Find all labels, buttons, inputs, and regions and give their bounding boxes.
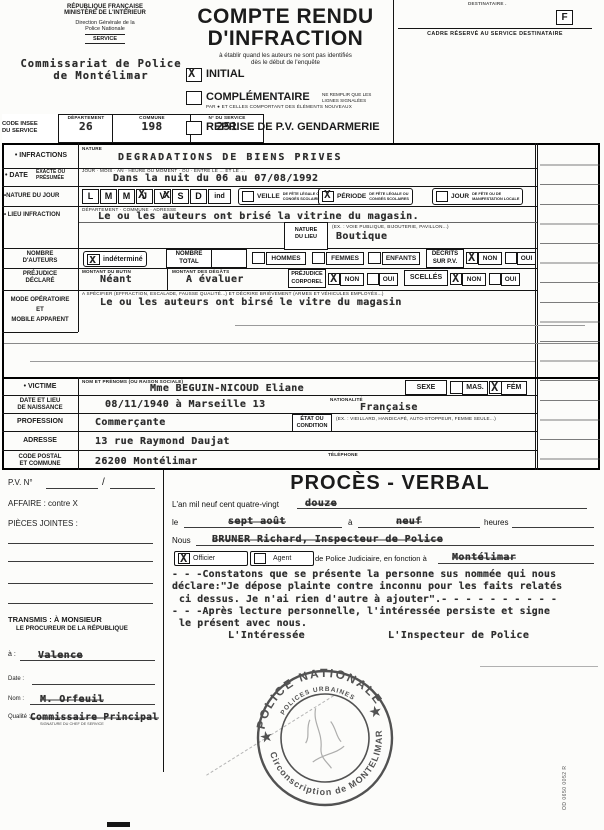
nature-du-lieu-field[interactable]: Boutique (336, 231, 387, 242)
pv-numero-slash: / (102, 477, 105, 488)
nature-du-lieu-hint: (EX. : VOIE PUBLIQUE, BIJOUTERIE, PAVILL… (332, 224, 449, 229)
nombre-label-1: NOMBRE (27, 251, 54, 257)
transmis-nom-label: Nom : (8, 696, 24, 702)
etat-1: ÉTAT OU (300, 416, 323, 422)
adresse-field[interactable]: 13 rue Raymond Daujat (95, 436, 230, 447)
pieces-jointes-label: PIÈCES JOINTES : (8, 519, 78, 528)
agent-group: Agent (250, 551, 314, 566)
proces-verbal-title: PROCÈS - VERBAL (250, 472, 530, 495)
divider (2, 431, 537, 432)
insee-label-2: DU SERVICE (2, 128, 58, 135)
check-mark: X (138, 187, 145, 201)
nombre-total-1: NOMBRE (176, 251, 203, 257)
scelles-non-label: NON (462, 273, 486, 286)
insee-commune-value[interactable]: 198 (113, 120, 191, 133)
etat-condition-label: ÉTAT OU CONDITION (292, 414, 332, 432)
decrits-label: DÉCRITS SUR P.V. (426, 249, 464, 268)
divider (2, 186, 537, 187)
butin-field[interactable]: Néant (100, 274, 132, 285)
officier-group: X Officier (174, 551, 248, 566)
insee-label-1: CODE INSEE (2, 121, 58, 128)
indetermine-group: x indéterminé (83, 251, 147, 267)
corporel-oui-label: OUI (379, 273, 398, 286)
prejudice-declare-label: PRÉJUDICE DÉCLARÉ (4, 271, 76, 285)
coding-column-rows (540, 146, 600, 466)
decrits-oui-label: OUI (517, 252, 536, 265)
nature-du-lieu-2: DU LIEU (295, 234, 317, 240)
decrits-oui-checkbox[interactable] (505, 252, 517, 264)
veille-checkbox[interactable] (242, 191, 254, 202)
infractions-label: • INFRACTIONS (6, 152, 76, 159)
sexe-mas-label: MAS. (462, 381, 488, 395)
check-mark: X (452, 271, 459, 285)
pv-an-line (297, 508, 587, 509)
femmes-label: FEMMES (326, 252, 364, 265)
agent-checkbox[interactable] (254, 553, 266, 564)
divider (480, 666, 598, 667)
pv-fonction-label: de Police Judiciaire, en fonction à (315, 554, 427, 563)
complementaire-note-3: PAR ● ET CELLES COMPORTANT DES ÉLÉMENTS … (206, 104, 396, 109)
pv-nous-label: Nous (172, 536, 191, 545)
etat-2: CONDITION (297, 423, 328, 429)
complementaire-note: NE REMPLIR QUE LES LIGNES SIGNALÉES (322, 92, 392, 103)
pv-fonction-line (438, 563, 594, 564)
scelles-oui-label: OUI (501, 273, 520, 286)
pv-heure-field[interactable]: neuf (396, 516, 422, 527)
transmis-a-line (20, 660, 155, 661)
transmis-qualite-label: Qualité : (8, 714, 30, 720)
pv-signature-interessee: L'Intéressée (228, 630, 305, 641)
telephone-header: TÉLÉPHONE (328, 452, 358, 457)
pv-heure-line (358, 527, 480, 528)
pv-le-label: le (172, 518, 178, 527)
day-label: M (123, 191, 131, 201)
check-mark: x (163, 187, 170, 201)
divider (398, 28, 592, 29)
pv-body-line3: ci dessus. Je n'ai rien d'autre à ajoute… (172, 594, 562, 606)
veille-note-2: CONGÉS SCOLAIRES (283, 197, 323, 201)
complementaire-checkbox[interactable] (186, 91, 202, 105)
pv-heures-label: heures (484, 518, 508, 527)
insee-departement-value[interactable]: 26 (59, 120, 113, 133)
transmis-date-label: Date : (8, 676, 24, 682)
femmes-checkbox[interactable] (312, 252, 325, 264)
indetermine-checkbox[interactable]: x (87, 254, 100, 265)
service-label: SERVICE (85, 34, 125, 44)
corporel-non-label: NON (340, 273, 364, 286)
veille-group: VEILLE DE FÊTE LÉGALE OUCONGÉS SCOLAIRES (238, 188, 326, 205)
periode-checkbox[interactable]: X (322, 191, 334, 202)
divider (78, 377, 79, 470)
periode-group: X PÉRIODE DE FÊTE LÉGALE OUCONGÉS SCOLAI… (318, 188, 413, 205)
lieu-infraction-label: • LIEU INFRACTION (4, 212, 60, 218)
nombre-label-2: D'AUTEURS (23, 258, 58, 264)
divider (30, 361, 535, 362)
nombre-auteurs-label: NOMBRE D'AUTEURS (4, 251, 76, 265)
nombre-total-field[interactable] (211, 249, 247, 268)
mode-operatoire-label: MODE OPÉRATOIRE ET MOBILE APPARENT (3, 295, 77, 325)
decrits-2: SUR P.V. (433, 259, 457, 265)
check-mark: X (188, 66, 195, 80)
republique-line2: MINISTÈRE DE L'INTÉRIEUR (30, 10, 180, 16)
naissance-1: DATE ET LIEU (20, 398, 61, 404)
divider (235, 325, 585, 326)
prejudice-1: PRÉJUDICE (23, 271, 57, 277)
etat-hint: (EX. : VIEILLARD, HANDICAPÉ, AUTO-STOPPE… (336, 416, 496, 421)
pv-signature-inspecteur: L'Inspecteur de Police (388, 630, 529, 641)
form-subtitle: à établir quand les auteurs ne sont pas … (178, 52, 393, 66)
transmis-date-line[interactable] (32, 684, 155, 685)
form-title: COMPTE RENDU D'INFRACTION (178, 6, 393, 50)
cp-2: ET COMMUNE (20, 461, 61, 467)
complementaire-note-2: LIGNES SIGNALÉES (322, 98, 366, 103)
direction-line2: Police Nationale (30, 26, 180, 32)
decrits-non-label: NON (478, 252, 502, 265)
cadre-reserve-label: CADRE RÉSERVÉ AU SERVICE DESTINATAIRE (398, 31, 592, 37)
date-field[interactable]: Dans la nuit du 06 au 07/08/1992 (113, 173, 318, 184)
issuing-office: Commissariat de Police de Montélimar (6, 58, 196, 82)
day-label: ind (214, 193, 225, 200)
corporel-2: CORPOREL (291, 279, 322, 285)
hommes-label: HOMMES (266, 252, 306, 265)
pv-body-line5: le présent avec nous. (172, 618, 562, 630)
naissance-label: DATE ET LIEU DE NAISSANCE (4, 398, 76, 412)
hommes-checkbox[interactable] (252, 252, 265, 264)
jour-fete-checkbox[interactable] (436, 191, 448, 202)
naissance-2: DE NAISSANCE (17, 405, 62, 411)
nombre-total-label: NOMBRE TOTAL (166, 249, 212, 268)
nationalite-field[interactable]: Française (360, 402, 418, 413)
form-title-line1: COMPTE RENDU (178, 6, 393, 28)
sexe-label: SEXE (405, 380, 447, 395)
nature-du-jour-label: •NATURE DU JOUR (4, 193, 59, 199)
pv-le-line (184, 527, 342, 528)
day-label: M (105, 191, 113, 201)
mode-3: MOBILE APPARENT (11, 317, 68, 323)
stamp-star-left-icon: ★ (259, 728, 274, 745)
day-checkbox-mercredi[interactable]: M (118, 189, 135, 204)
f-badge: F (556, 10, 573, 25)
victime-nom-field[interactable]: Mme BEGUIN-NICOUD Eliane (150, 383, 304, 394)
victime-label: • VICTIME (4, 383, 76, 390)
lieu-field[interactable]: Le ou les auteurs ont brisé la vitrine d… (98, 211, 419, 222)
transmis-label: TRANSMIS : À MONSIEUR (8, 615, 102, 624)
pv-fonction-field[interactable]: Montélimar (452, 552, 516, 563)
form-subtitle-line1: à établir quand les auteurs ne sont pas … (178, 52, 393, 59)
nature-header: NATURE (82, 146, 102, 151)
pv-a-label: à (348, 518, 352, 527)
nature-du-lieu-1: NATURE (295, 227, 318, 233)
profession-field[interactable]: Commerçante (95, 417, 166, 428)
day-checkbox-lundi[interactable]: L (82, 189, 99, 204)
infraction-nature-field[interactable]: DEGRADATIONS DE BIENS PRIVES (118, 152, 343, 163)
veille-label: VEILLE (257, 193, 280, 200)
police-stamp: POLICE NATIONALE POLICES URBAINES Circon… (236, 649, 414, 827)
decrits-non-checkbox[interactable]: X (466, 252, 478, 264)
prejudice-corporel-label: PRÉJUDICE CORPOREL (288, 269, 326, 288)
republique-header: RÉPUBLIQUE FRANÇAISE MINISTÈRE DE L'INTÉ… (30, 4, 180, 44)
periode-label: PÉRIODE (337, 193, 366, 200)
pv-numero-field-2[interactable] (110, 488, 155, 489)
pv-numero-field[interactable] (46, 488, 98, 489)
divider (393, 0, 394, 143)
adresse-label: ADRESSE (4, 437, 76, 444)
profession-label: PROFESSION (4, 418, 76, 425)
pv-body-text: - - -Constatons que se présente la perso… (172, 569, 562, 630)
day-checkbox-jeudi[interactable]: JX (136, 189, 153, 204)
jour-fete-note-2: MANIFESTATION LOCALE (472, 197, 519, 201)
agent-label: Agent (273, 555, 291, 562)
pv-date-field[interactable]: sept août (228, 516, 286, 527)
check-mark: X (330, 271, 337, 285)
day-checkbox-indetermine[interactable]: ind (208, 189, 231, 204)
enfants-checkbox[interactable] (368, 252, 381, 264)
divider (2, 413, 537, 414)
date-label: • DATE (5, 172, 28, 179)
divider (4, 343, 598, 344)
date-label-sub: EXACTE OU PRÉSUMÉE (36, 169, 78, 181)
day-checkbox-vendredi[interactable]: Vx (154, 189, 171, 204)
check-mark: X (468, 250, 475, 264)
check-mark: x (89, 252, 96, 266)
divider (2, 395, 537, 396)
initial-label: INITIAL (206, 68, 245, 80)
check-mark: X (491, 380, 498, 394)
pv-an-label: L'an mil neuf cent quatre-vingt (172, 500, 279, 509)
indetermine-label: indéterminé (103, 256, 143, 263)
pv-body-line4: - - -Après lecture personnelle, l'intére… (172, 606, 562, 618)
day-label: D (195, 191, 202, 201)
pieces-jointes-line[interactable] (8, 603, 153, 604)
scanned-police-form: RÉPUBLIQUE FRANÇAISE MINISTÈRE DE L'INTÉ… (0, 0, 604, 830)
complementaire-note-1: NE REMPLIR QUE LES (322, 92, 371, 97)
date-label-3: PRÉSUMÉE (36, 175, 64, 181)
degats-field[interactable]: A évaluer (186, 274, 244, 285)
form-reference-code: OD 0650 0052 R (562, 718, 568, 810)
day-checkbox-samedi[interactable]: S (172, 189, 189, 204)
decrits-1: DÉCRITS (432, 251, 458, 257)
divider (167, 268, 168, 290)
complementaire-label: COMPLÉMENTAIRE (206, 91, 310, 103)
procureur-label: LE PROCUREUR DE LA RÉPUBLIQUE (16, 625, 128, 632)
pieces-jointes-line[interactable] (8, 543, 153, 544)
insee-col-commune: COMMUNE 198 (112, 114, 192, 143)
day-checkbox-dimanche[interactable]: D (190, 189, 207, 204)
cp-1: CODE POSTAL (19, 454, 62, 460)
issuing-office-line1: Commissariat de Police (6, 58, 196, 70)
nature-du-lieu-label: NATURE DU LIEU (284, 222, 328, 250)
transmis-a-label: à : (8, 651, 16, 658)
officier-label: Officier (193, 555, 215, 562)
check-mark: X (180, 551, 187, 565)
form-title-line2: D'INFRACTION (178, 28, 393, 50)
pv-nous-line (196, 545, 594, 546)
nombre-total-2: TOTAL (179, 259, 198, 265)
coding-column-border (535, 143, 538, 470)
check-mark: X (324, 188, 331, 201)
signature-chef-note: SIGNATURE DU CHEF DE SERVICE (40, 722, 104, 726)
pv-body-line2: déclare:"Je dépose plainte contre inconn… (172, 581, 562, 593)
divider (2, 332, 78, 333)
affaire-label: AFFAIRE : contre X (8, 499, 78, 508)
corporel-1: PRÉJUDICE (291, 271, 322, 277)
naissance-field[interactable]: 08/11/1940 à Marseille 13 (105, 399, 266, 410)
mode-field[interactable]: Le ou les auteurs ont birsé le vitre du … (100, 297, 402, 308)
stamp-star-right-icon: ★ (368, 703, 383, 720)
day-label: L (88, 191, 94, 201)
issuing-office-line2: de Montélimar (6, 70, 196, 82)
transmis-nom-line (30, 704, 155, 705)
corporel-oui-checkbox[interactable] (367, 273, 379, 285)
periode-note-2: CONGÉS SCOLAIRES (369, 197, 409, 201)
code-postal-label: CODE POSTAL ET COMMUNE (4, 454, 76, 468)
stamp-emblem (299, 704, 348, 772)
pv-body-line1: - - -Constatons que se présente la perso… (172, 569, 562, 581)
police-stamp-svg: POLICE NATIONALE POLICES URBAINES Circon… (236, 649, 414, 827)
mode-1: MODE OPÉRATOIRE (11, 297, 70, 303)
enfants-label: ENFANTS (382, 252, 420, 265)
insee-col-departement: DÉPARTEMENT 26 (58, 114, 114, 143)
initial-checkbox[interactable]: X (186, 68, 202, 82)
nationalite-header: NATIONALITÉ (330, 397, 363, 402)
pv-heures-line (512, 527, 594, 528)
divider (78, 143, 79, 332)
scelles-label: SCELLÉS (404, 270, 448, 286)
jour-fete-label: JOUR (451, 193, 469, 200)
destinataire-label: DESTINATAIRE . (468, 1, 507, 6)
pv-officier-nom-field[interactable]: BRUNER Richard, Inspecteur de Police (212, 534, 443, 545)
mode-header: A SPÉCIFIER (EFFRACTION, ESCALADE, FAUSS… (82, 291, 532, 296)
day-label: S (177, 191, 183, 201)
corporel-non-checkbox[interactable]: X (328, 273, 340, 285)
divider (163, 470, 164, 772)
day-checkbox-mardi[interactable]: M (100, 189, 117, 204)
divider (2, 450, 537, 451)
scan-mark (107, 822, 130, 827)
scelles-non-checkbox[interactable]: X (450, 273, 462, 285)
pieces-jointes-line[interactable] (8, 561, 153, 562)
code-postal-field[interactable]: 26200 Montélimar (95, 456, 198, 467)
reprise-checkbox[interactable] (186, 121, 202, 135)
mode-2: ET (36, 307, 44, 313)
prejudice-2: DÉCLARÉ (25, 278, 54, 284)
jour-fete-group: JOUR DE FÊTE OU DEMANIFESTATION LOCALE (432, 188, 523, 205)
reprise-label: REPRISE DE P.V. GENDARMERIE (206, 121, 380, 133)
pv-numero-label: P.V. N° (8, 478, 33, 487)
sexe-fem-label: FÉM (501, 381, 527, 395)
scelles-oui-checkbox[interactable] (489, 273, 501, 285)
form-subtitle-line2: dès le début de l'enquête (178, 59, 393, 66)
pieces-jointes-line[interactable] (8, 583, 153, 584)
officier-checkbox[interactable]: X (178, 553, 190, 564)
